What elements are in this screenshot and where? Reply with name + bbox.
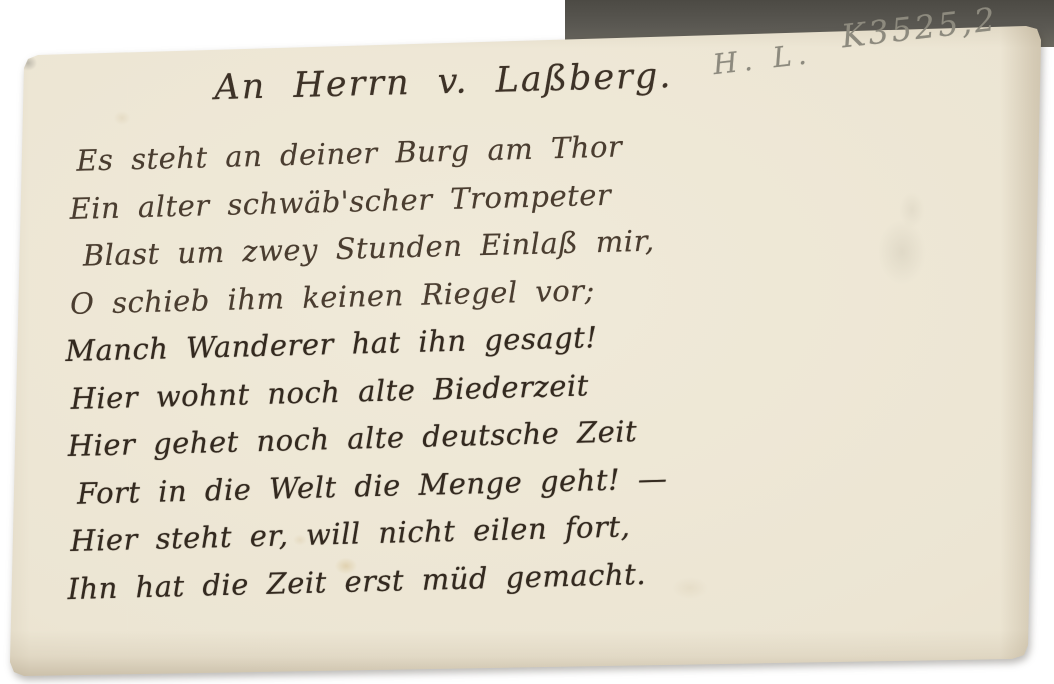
photo-stage: An Herrn v. Laßberg. Es steht an deiner …	[0, 0, 1054, 684]
handwritten-content: An Herrn v. Laßberg. Es steht an deiner …	[64, 54, 778, 613]
poem-body: Es steht an deiner Burg am Thor Ein alte…	[66, 120, 778, 613]
manuscript-card-wrapper: An Herrn v. Laßberg. Es steht an deiner …	[0, 0, 1054, 684]
poem-title: An Herrn v. Laßberg.	[214, 54, 765, 108]
manuscript-card: An Herrn v. Laßberg. Es steht an deiner …	[0, 0, 1054, 684]
